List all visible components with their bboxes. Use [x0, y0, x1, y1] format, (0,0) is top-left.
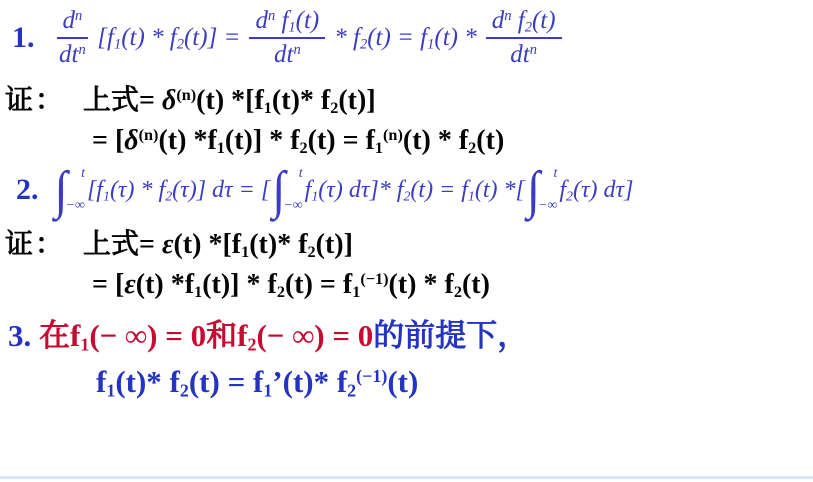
integral: ∫ t −∞	[527, 168, 557, 214]
math-segment: f1(τ) dτ]* f2(t) = f1(t) *[	[305, 177, 525, 204]
proof-1-line-2: = [δ(n)(t) *f1(t)] * f2(t) = f1(n)(t) * …	[92, 123, 813, 158]
condition-text: 在f1(− ∞) = 0和f2(− ∞) = 0	[39, 318, 373, 353]
formula-1-row: 1. dn dtn [f1(t) * f2(t)] = dn f1(t) dtn…	[12, 8, 813, 69]
integral-upper-limit: t	[81, 167, 85, 181]
item-1-number: 1.	[12, 21, 35, 55]
integral-sign: ∫	[272, 165, 285, 215]
proof-label: 证：	[5, 83, 65, 118]
fraction-dn-dtn: dn dtn	[57, 8, 89, 69]
fraction-numerator: dn f2(t)	[486, 8, 562, 39]
integral: ∫ t −∞	[55, 168, 85, 214]
fraction-denominator: dtn	[57, 39, 89, 68]
integral-limits: t −∞	[66, 169, 85, 211]
math-segment: [f1(τ) * f2(τ)] dτ = [	[87, 177, 270, 204]
proof-text: 上式= δ(n)(t) *[f1(t)* f2(t)]	[83, 83, 376, 118]
item-2-number: 2.	[16, 173, 39, 207]
integral-sign: ∫	[527, 165, 540, 215]
fraction-numerator: dn	[57, 8, 89, 39]
integral-upper-limit: t	[299, 167, 303, 181]
integral-lower-limit: −∞	[283, 199, 302, 213]
fraction-denominator: dtn	[249, 39, 325, 68]
item-3-number: 3.	[8, 318, 31, 353]
proof-2-line-2: = [ε(t) *f1(t)] * f2(t) = f1(−1)(t) * f2…	[92, 267, 813, 302]
integral-upper-limit: t	[553, 167, 557, 181]
proof-text: 上式= ε(t) *[f1(t)* f2(t)]	[83, 227, 353, 262]
proof-2-line-1: 证： 上式= ε(t) *[f1(t)* f2(t)]	[5, 227, 813, 262]
formula-2-row: 2. ∫ t −∞ [f1(τ) * f2(τ)] dτ = [ ∫ t −∞ …	[16, 168, 813, 214]
math-segment: [f1(t) * f2(t)] =	[97, 24, 240, 52]
integral-limits: t −∞	[283, 169, 302, 211]
statement-3-formula: f1(t)* f2(t) = f1’(t)* f2(−1)(t)	[96, 362, 813, 402]
fraction-numerator: dn f1(t)	[249, 8, 325, 39]
integral: ∫ t −∞	[272, 168, 302, 214]
fraction-dn-f2: dn f2(t) dtn	[486, 8, 562, 69]
math-segment: * f2(t) = f1(t) *	[334, 24, 476, 52]
condition-suffix: 的前提下，	[373, 318, 528, 353]
fraction-dn-f1: dn f1(t) dtn	[249, 8, 325, 69]
statement-3-row: 3. 在f1(− ∞) = 0和f2(− ∞) = 0的前提下，	[8, 316, 813, 356]
slide: 1. dn dtn [f1(t) * f2(t)] = dn f1(t) dtn…	[0, 0, 813, 482]
integral-sign: ∫	[55, 165, 68, 215]
bottom-divider	[0, 476, 813, 479]
proof-label: 证：	[5, 227, 65, 262]
integral-limits: t −∞	[538, 169, 557, 211]
fraction-denominator: dtn	[486, 39, 562, 68]
math-segment: f2(τ) dτ]	[559, 177, 633, 204]
proof-1-line-1: 证： 上式= δ(n)(t) *[f1(t)* f2(t)]	[5, 83, 813, 118]
integral-lower-limit: −∞	[66, 199, 85, 213]
integral-lower-limit: −∞	[538, 199, 557, 213]
